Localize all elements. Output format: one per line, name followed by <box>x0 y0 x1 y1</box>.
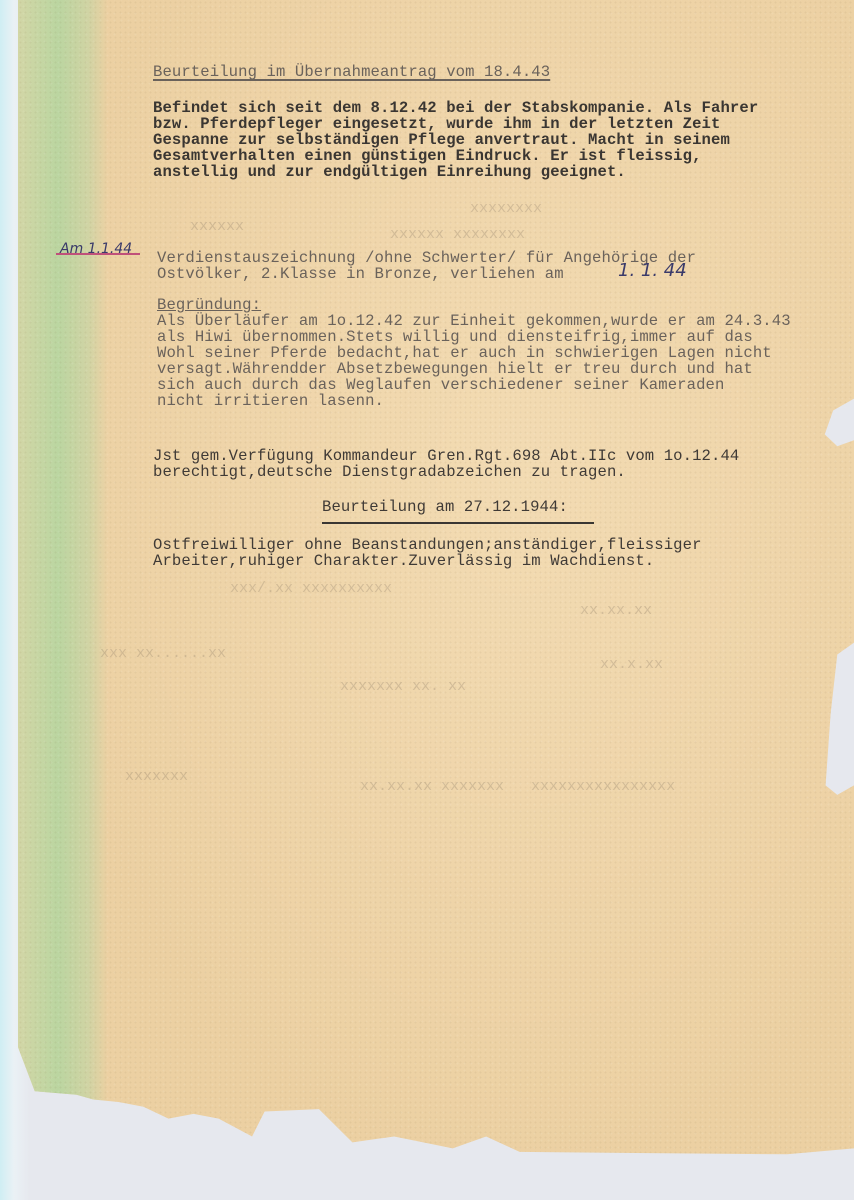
section3-line-2: als Hiwi übernommen.Stets willig und die… <box>157 329 753 345</box>
section5-line-2: Arbeiter,ruhiger Charakter.Zuverlässig i… <box>153 553 654 569</box>
section2-line-2: Ostvölker, 2.Klasse in Bronze, verliehen… <box>157 266 564 282</box>
margin-strikethrough <box>56 253 140 255</box>
section2-line-1: Verdienstauszeichnung /ohne Schwerter/ f… <box>157 250 696 266</box>
section5-line-1: Ostfreiwilliger ohne Beanstandungen;anst… <box>153 537 702 553</box>
section3-line-3: Wohl seiner Pferde bedacht,hat er auch i… <box>157 345 772 361</box>
section1-line-4: Gesamtverhalten einen günstigen Eindruck… <box>153 148 702 164</box>
bleed-through-text: xx.x.xx <box>600 656 663 673</box>
bleed-through-text: xx......xx xxx <box>100 645 226 662</box>
section3-heading: Begründung: <box>157 297 261 313</box>
section5-heading: Beurteilung am 27.12.1944: <box>322 499 568 515</box>
section3-line-6: nicht irritieren lasenn. <box>157 393 384 409</box>
bleed-through-text: xxxxxxx <box>125 768 188 785</box>
section1-line-3: Gespanne zur selbständigen Pflege anvert… <box>153 132 730 148</box>
margin-note: Am 1.1.44 <box>60 245 140 265</box>
bleed-through-text: xx .xx xxxxxxx <box>340 678 466 695</box>
section3-line-4: versagt.Währendder Absetzbewegungen hiel… <box>157 361 753 377</box>
bleed-through-text: xx.xx.xx <box>580 602 652 619</box>
section1-line-5: anstellig und zur endgültigen Einreihung… <box>153 164 626 180</box>
handwritten-date: 1. 1. 44 <box>618 260 687 281</box>
bleed-through-text: xxxxxxxxxx xx.\xxx <box>230 580 392 597</box>
bleed-through-text: xxxxxxxx xxxxxx <box>390 226 525 243</box>
section1-line-1: Befindet sich seit dem 8.12.42 bei der S… <box>153 100 758 116</box>
section3-line-1: Als Überläufer am 1o.12.42 zur Einheit g… <box>157 313 791 329</box>
section3-line-5: sich auch durch das Weglaufen verschiede… <box>157 377 724 393</box>
section1-heading: Beurteilung im Übernahmeantrag vom 18.4.… <box>153 64 550 80</box>
bleed-through-text: xxxxxx <box>190 218 244 235</box>
bleed-through-text: xxxxxxxxxxxxxxxx xxxxxxx xx.xx.xx <box>360 778 675 795</box>
heading-underline <box>322 522 594 524</box>
section4-line-2: berechtigt,deutsche Dienstgradabzeichen … <box>153 464 626 480</box>
section4-line-1: Jst gem.Verfügung Kommandeur Gren.Rgt.69… <box>153 448 739 464</box>
bleed-through-text: xxxxxxxx <box>470 200 542 217</box>
section1-line-2: bzw. Pferdepfleger eingesetzt, wurde ihm… <box>153 116 720 132</box>
